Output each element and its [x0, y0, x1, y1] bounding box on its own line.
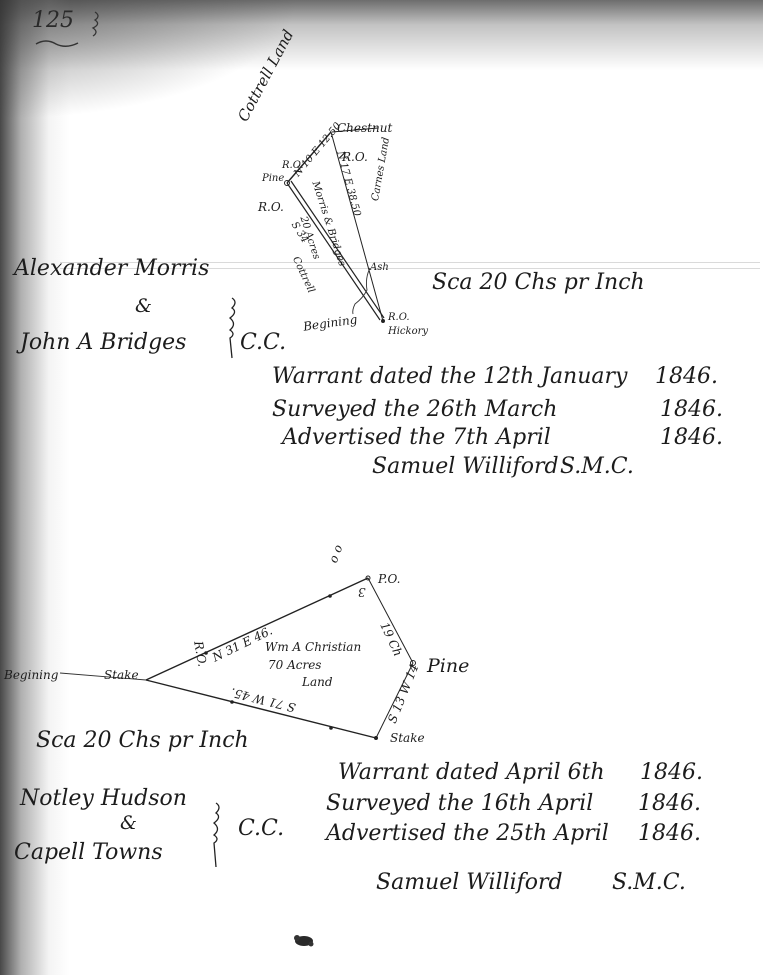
ink-blot	[0, 0, 763, 975]
